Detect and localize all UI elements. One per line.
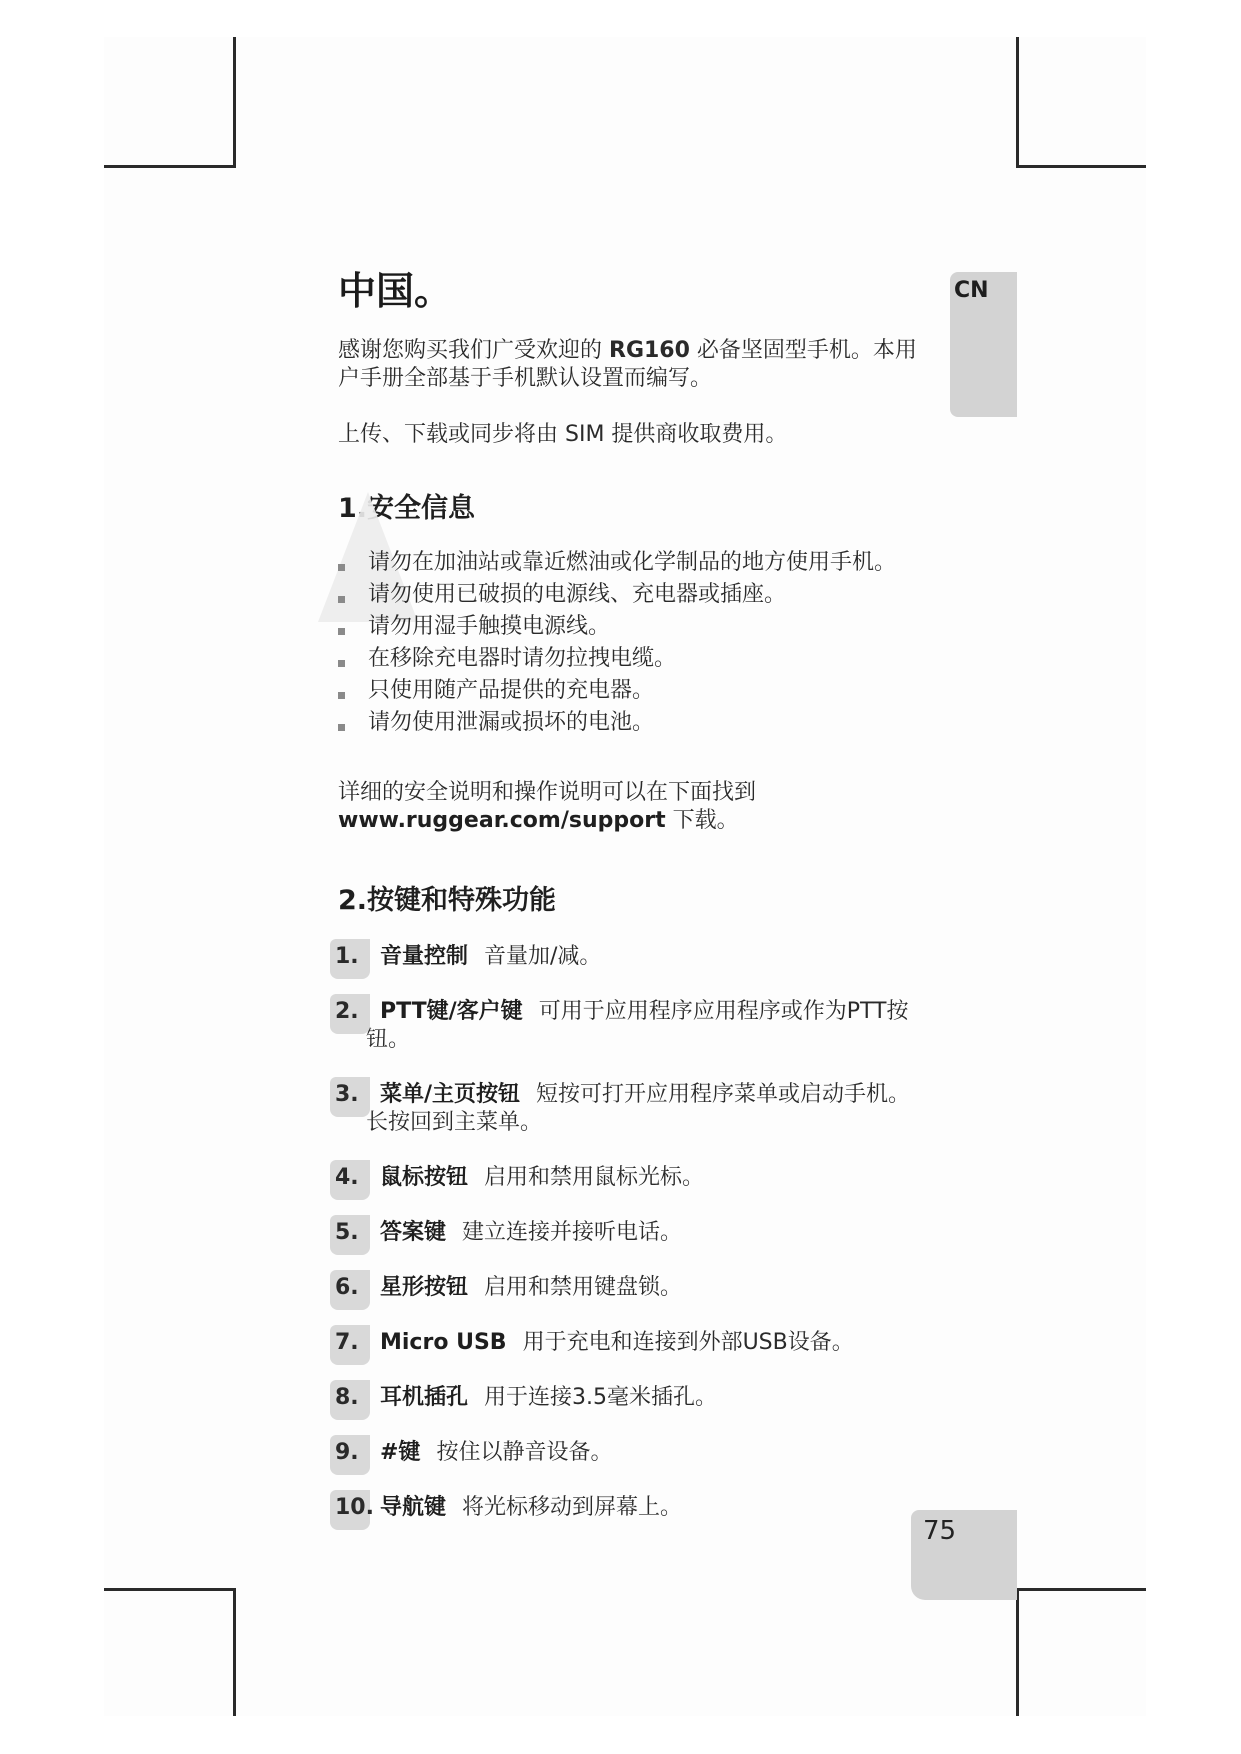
key-name: 答案键 bbox=[380, 1220, 446, 1245]
key-name: 菜单/主页按钮 bbox=[380, 1082, 520, 1107]
bullet-icon bbox=[338, 692, 345, 699]
bullet-icon bbox=[338, 628, 345, 635]
bullet-icon bbox=[338, 564, 345, 571]
list-item-text: 请勿在加油站或靠近燃油或化学制品的地方使用手机。 bbox=[368, 550, 896, 575]
key-name: 耳机插孔 bbox=[380, 1385, 468, 1410]
key-item: 10.导航键将光标移动到屏幕上。 bbox=[338, 1494, 918, 1522]
list-item-text: 请勿使用已破损的电源线、充电器或插座。 bbox=[368, 582, 786, 607]
support-text: 详细的安全说明和操作说明可以在下面找到 bbox=[338, 780, 756, 805]
list-item: 请勿使用已破损的电源线、充电器或插座。 bbox=[338, 579, 918, 611]
bullet-icon bbox=[338, 596, 345, 603]
item-number-badge: 5. bbox=[330, 1215, 370, 1255]
list-item-text: 请勿用湿手触摸电源线。 bbox=[368, 614, 610, 639]
page-number-tab: 75 bbox=[911, 1510, 1017, 1600]
key-description: 将光标移动到屏幕上。 bbox=[462, 1495, 682, 1520]
key-description: 启用和禁用鼠标光标。 bbox=[484, 1165, 704, 1190]
item-number-badge: 9. bbox=[330, 1435, 370, 1475]
section-heading-safety: 1.安全信息 bbox=[338, 491, 918, 527]
crop-mark-bottom-right-horizontal bbox=[1016, 1588, 1146, 1591]
bullet-icon bbox=[338, 724, 345, 731]
key-description: 音量加/减。 bbox=[484, 944, 601, 969]
list-item: 在移除充电器时请勿拉拽电缆。 bbox=[338, 643, 918, 675]
language-tab: CN bbox=[950, 272, 1017, 417]
key-description: 用于连接3.5毫米插孔。 bbox=[484, 1385, 717, 1410]
list-item-text: 请勿使用泄漏或损坏的电池。 bbox=[368, 710, 654, 735]
key-item: 4.鼠标按钮启用和禁用鼠标光标。 bbox=[338, 1164, 918, 1192]
key-item: 9.#键按住以静音设备。 bbox=[338, 1439, 918, 1467]
crop-mark-top-left-vertical bbox=[233, 37, 236, 167]
support-suffix: 下载。 bbox=[666, 808, 739, 833]
item-number-badge: 3. bbox=[330, 1077, 370, 1117]
list-item-text: 只使用随产品提供的充电器。 bbox=[368, 678, 654, 703]
item-number-badge: 10. bbox=[330, 1490, 370, 1530]
key-item: 5.答案键建立连接并接听电话。 bbox=[338, 1219, 918, 1247]
language-tab-label: CN bbox=[954, 278, 989, 303]
key-item: 8.耳机插孔用于连接3.5毫米插孔。 bbox=[338, 1384, 918, 1412]
item-number-badge: 6. bbox=[330, 1270, 370, 1310]
page-title: 中国。 bbox=[338, 265, 918, 317]
bullet-icon bbox=[338, 660, 345, 667]
model-name: RG160 bbox=[609, 338, 690, 363]
key-name: 鼠标按钮 bbox=[380, 1165, 468, 1190]
key-name: 音量控制 bbox=[380, 944, 468, 969]
item-number-badge: 7. bbox=[330, 1325, 370, 1365]
crop-mark-top-left-horizontal bbox=[104, 165, 236, 168]
key-name: 星形按钮 bbox=[380, 1275, 468, 1300]
list-item: 请勿在加油站或靠近燃油或化学制品的地方使用手机。 bbox=[338, 547, 918, 579]
sim-charges-note: 上传、下载或同步将由 SIM 提供商收取费用。 bbox=[338, 421, 918, 449]
intro-text-before: 感谢您购买我们广受欢迎的 bbox=[338, 338, 609, 363]
key-item: 6.星形按钮启用和禁用键盘锁。 bbox=[338, 1274, 918, 1302]
item-number-badge: 8. bbox=[330, 1380, 370, 1420]
key-description: 启用和禁用键盘锁。 bbox=[484, 1275, 682, 1300]
key-name: PTT键/客户键 bbox=[380, 999, 523, 1024]
list-item: 只使用随产品提供的充电器。 bbox=[338, 675, 918, 707]
safety-list: 请勿在加油站或靠近燃油或化学制品的地方使用手机。 请勿使用已破损的电源线、充电器… bbox=[338, 547, 918, 739]
key-description: 用于充电和连接到外部USB设备。 bbox=[523, 1330, 854, 1355]
list-item: 请勿用湿手触摸电源线。 bbox=[338, 611, 918, 643]
crop-mark-top-right-horizontal bbox=[1016, 165, 1146, 168]
keys-list: 1.音量控制音量加/减。 2.PTT键/客户键可用于应用程序应用程序或作为PTT… bbox=[338, 943, 918, 1522]
key-item: 1.音量控制音量加/减。 bbox=[338, 943, 918, 971]
key-name: #键 bbox=[380, 1440, 420, 1465]
support-link[interactable]: www.ruggear.com/support bbox=[338, 808, 666, 833]
key-name: 导航键 bbox=[380, 1495, 446, 1520]
key-description: 建立连接并接听电话。 bbox=[462, 1220, 682, 1245]
key-item: 2.PTT键/客户键可用于应用程序应用程序或作为PTT按钮。 bbox=[338, 998, 918, 1054]
crop-mark-bottom-right-vertical bbox=[1016, 1588, 1019, 1716]
item-number-badge: 1. bbox=[330, 939, 370, 979]
intro-paragraph: 感谢您购买我们广受欢迎的 RG160 必备坚固型手机。本用户手册全部基于手机默认… bbox=[338, 337, 918, 393]
item-number-badge: 4. bbox=[330, 1160, 370, 1200]
crop-mark-top-right-vertical bbox=[1016, 37, 1019, 167]
key-name: Micro USB bbox=[380, 1330, 507, 1355]
key-item: 7.Micro USB用于充电和连接到外部USB设备。 bbox=[338, 1329, 918, 1357]
item-number-badge: 2. bbox=[330, 994, 370, 1034]
list-item-text: 在移除充电器时请勿拉拽电缆。 bbox=[368, 646, 676, 671]
key-description: 按住以静音设备。 bbox=[436, 1440, 612, 1465]
list-item: 请勿使用泄漏或损坏的电池。 bbox=[338, 707, 918, 739]
key-item: 3.菜单/主页按钮短按可打开应用程序菜单或启动手机。长按回到主菜单。 bbox=[338, 1081, 918, 1137]
section-heading-keys: 2.按键和特殊功能 bbox=[338, 883, 918, 919]
crop-mark-bottom-left-horizontal bbox=[104, 1588, 236, 1591]
support-paragraph: 详细的安全说明和操作说明可以在下面找到www.ruggear.com/suppo… bbox=[338, 779, 918, 835]
page-number: 75 bbox=[923, 1516, 956, 1546]
crop-mark-bottom-left-vertical bbox=[233, 1588, 236, 1716]
page-content: 中国。 感谢您购买我们广受欢迎的 RG160 必备坚固型手机。本用户手册全部基于… bbox=[338, 265, 918, 1549]
